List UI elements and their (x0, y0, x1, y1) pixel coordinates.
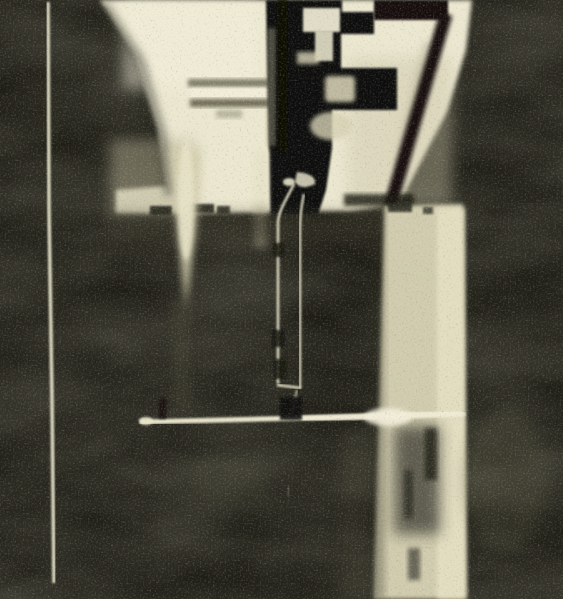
film-grain-dark (0, 0, 563, 599)
photo-canvas (0, 0, 563, 599)
archival-photo (0, 0, 563, 599)
